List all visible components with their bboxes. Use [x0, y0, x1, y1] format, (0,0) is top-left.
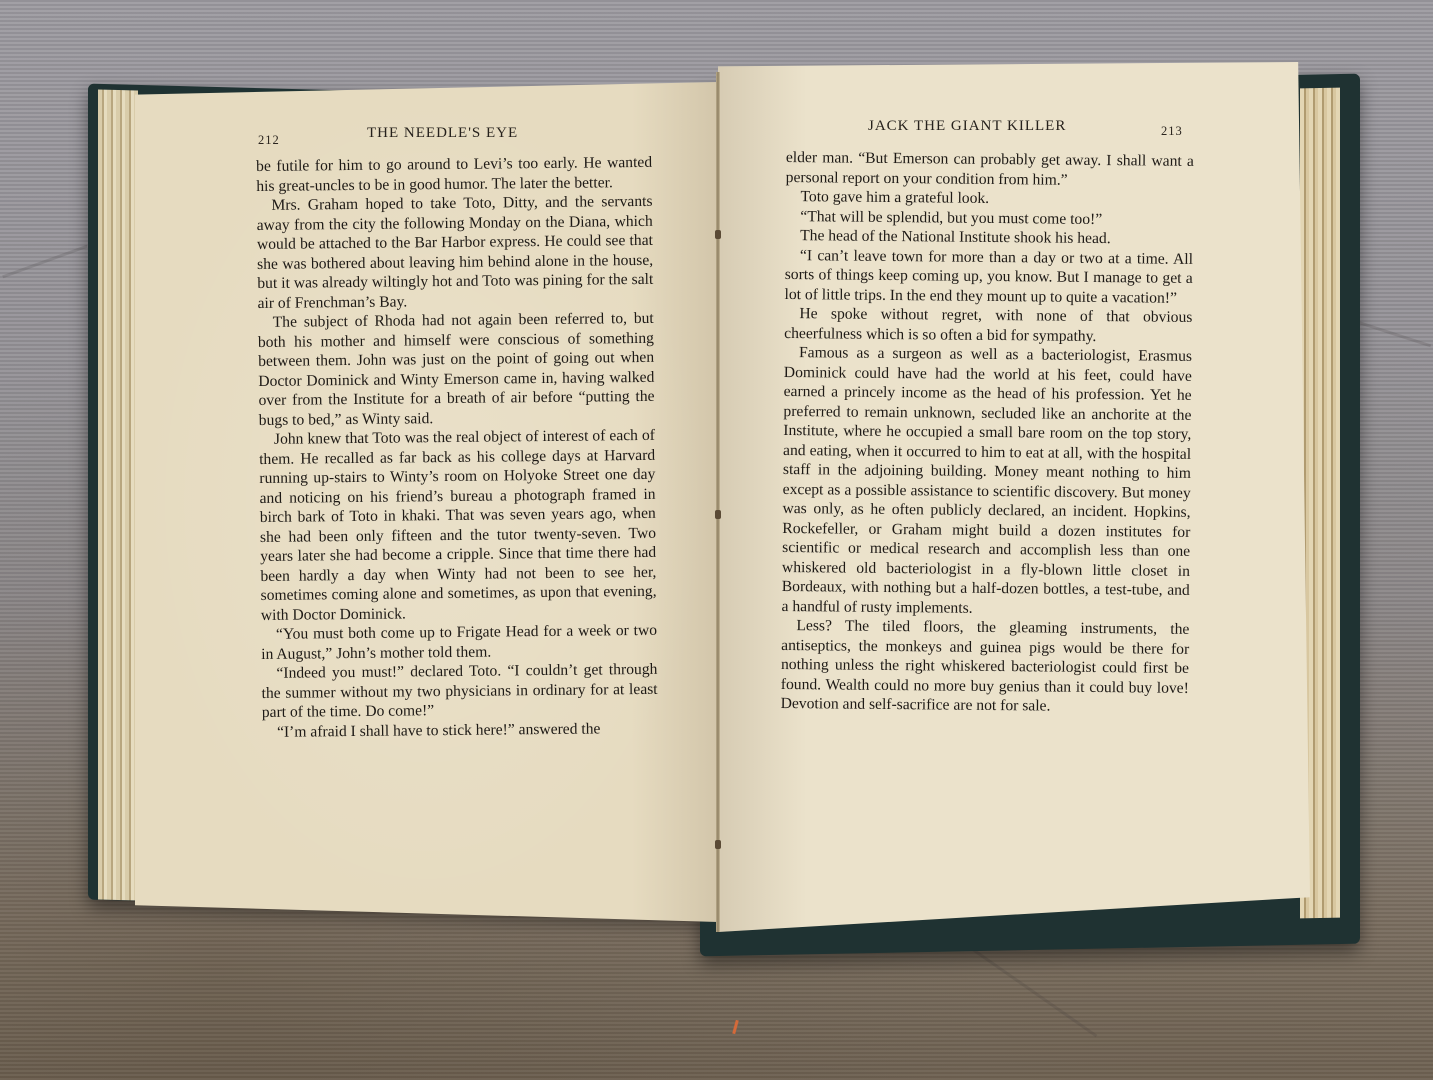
cushion-seam [2, 245, 88, 279]
paragraph: be futile for him to go around to Levi’s… [256, 153, 652, 196]
right-running-head: JACK THE GIANT KILLER [868, 118, 1066, 135]
right-page-number: 213 [1161, 124, 1183, 139]
page-edges-left [98, 89, 138, 900]
paragraph: John knew that Toto was the real object … [259, 426, 657, 625]
paragraph: “You must both come up to Frigate Head f… [261, 621, 657, 664]
binding-stitch [715, 510, 721, 519]
paragraph: Famous as a surgeon as well as a bacteri… [782, 343, 1193, 620]
left-page-number: 212 [258, 133, 280, 148]
left-page-body: be futile for him to go around to Levi’s… [256, 153, 658, 742]
right-page-body: elder man. “But Emerson can probably get… [781, 148, 1194, 717]
paragraph: “I’m afraid I shall have to stick here!”… [262, 718, 658, 742]
paragraph: “I can’t leave town for more than a day … [785, 245, 1194, 307]
paragraph: Mrs. Graham hoped to take Toto, Ditty, a… [256, 192, 653, 313]
left-running-head: THE NEEDLE'S EYE [367, 125, 518, 142]
paragraph: Less? The tiled floors, the gleaming ins… [781, 616, 1190, 717]
paragraph: He spoke without regret, with none of th… [784, 304, 1192, 347]
paragraph: The subject of Rhoda had not again been … [258, 309, 655, 430]
paragraph: “Indeed you must!” declared Toto. “I cou… [261, 660, 658, 723]
binding-stitch [715, 840, 721, 849]
stray-thread [732, 1020, 739, 1034]
binding-stitch [715, 230, 721, 239]
book-gutter [716, 72, 720, 932]
paragraph: elder man. “But Emerson can probably get… [786, 148, 1194, 191]
